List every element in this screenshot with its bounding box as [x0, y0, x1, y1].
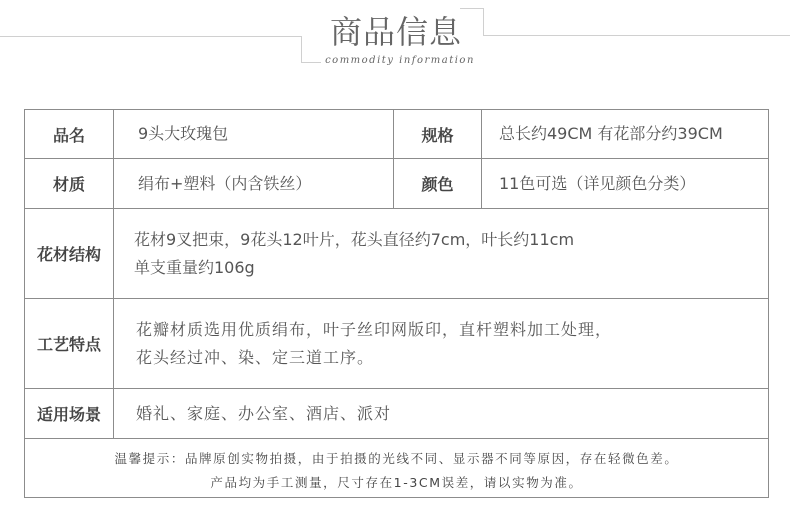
- value-spec: 总长约49CM 有花部分约39CM: [481, 110, 768, 158]
- decor-line-left-bottom: [301, 62, 321, 63]
- decor-line-right: [483, 35, 790, 36]
- note-color-disclaimer: 温馨提示：品牌原创实物拍摄，由于拍摄的光线不同、显示器不同等原因，存在轻微色差。: [25, 447, 768, 471]
- label-color: 颜色: [393, 159, 482, 208]
- page-title: 商品信息: [326, 12, 466, 52]
- note-measurement-disclaimer: 产品均为手工测量，尺寸存在1-3CM误差，请以实物为准。: [25, 471, 768, 495]
- value-color: 11色可选（详见颜色分类）: [481, 159, 768, 208]
- table-row-name-spec: 品名 9头大玫瑰包 规格 总长约49CM 有花部分约39CM: [25, 110, 768, 159]
- value-structure: 花材9叉把束，9花头12叶片，花头直径约7cm，叶长约11cm 单支重量约106…: [114, 209, 768, 298]
- craft-line-1: 花瓣材质选用优质绢布，叶子丝印网版印，直杆塑料加工处理，: [136, 316, 612, 344]
- value-craft: 花瓣材质选用优质绢布，叶子丝印网版印，直杆塑料加工处理， 花头经过冲、染、定三道…: [114, 299, 768, 388]
- table-row-craft: 工艺特点 花瓣材质选用优质绢布，叶子丝印网版印，直杆塑料加工处理， 花头经过冲、…: [25, 299, 768, 389]
- label-structure: 花材结构: [25, 209, 114, 298]
- value-scenes: 婚礼、家庭、办公室、酒店、派对: [114, 389, 768, 438]
- label-craft: 工艺特点: [25, 299, 114, 388]
- page-subtitle: commodity information: [320, 54, 480, 68]
- structure-line-1: 花材9叉把束，9花头12叶片，花头直径约7cm，叶长约11cm: [134, 226, 574, 254]
- decor-line-left: [0, 36, 301, 37]
- scenes-line-1: 婚礼、家庭、办公室、酒店、派对: [136, 400, 391, 428]
- value-material: 绢布+塑料（内含铁丝）: [114, 159, 394, 208]
- table-row-structure: 花材结构 花材9叉把束，9花头12叶片，花头直径约7cm，叶长约11cm 单支重…: [25, 209, 768, 299]
- label-material: 材质: [25, 159, 114, 208]
- section-header: 商品信息 commodity information: [0, 0, 790, 80]
- label-product-name: 品名: [25, 110, 114, 158]
- product-info-table: 品名 9头大玫瑰包 规格 总长约49CM 有花部分约39CM 材质 绢布+塑料（…: [24, 109, 769, 498]
- decor-line-right-vertical: [483, 8, 484, 35]
- label-spec: 规格: [393, 110, 482, 158]
- structure-line-2: 单支重量约106g: [134, 254, 255, 282]
- decor-line-right-top: [460, 8, 483, 9]
- table-row-scenes: 适用场景 婚礼、家庭、办公室、酒店、派对: [25, 389, 768, 439]
- craft-line-2: 花头经过冲、染、定三道工序。: [136, 344, 374, 372]
- value-product-name: 9头大玫瑰包: [114, 110, 394, 158]
- label-scenes: 适用场景: [25, 389, 114, 438]
- decor-line-left-vertical: [301, 36, 302, 62]
- table-row-material-color: 材质 绢布+塑料（内含铁丝） 颜色 11色可选（详见颜色分类）: [25, 159, 768, 209]
